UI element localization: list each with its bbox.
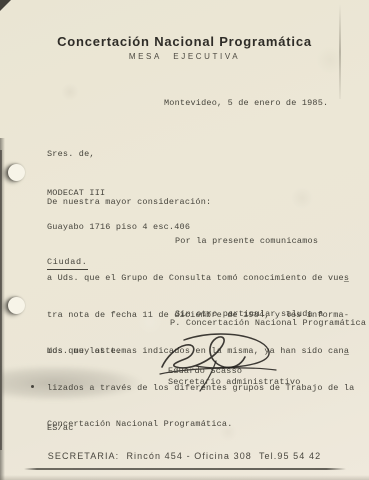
- footer-rule: [24, 468, 346, 470]
- recipient-line: Sres. de,: [47, 149, 190, 161]
- salutation: De nuestra mayor consideración:: [47, 197, 211, 207]
- letter-page: Concertación Nacional Programática MESA …: [0, 0, 369, 480]
- paper-crease-right: [339, 4, 341, 99]
- footer-address: SECRETARIA: Rincón 454 - Oficina 308 Tel…: [48, 451, 321, 461]
- scan-corner-top-left: [0, 0, 11, 11]
- reference-initials: ES/ac: [47, 423, 74, 433]
- signature-attribution: P. Concertación Nacional Programática: [170, 318, 366, 328]
- dateline: Montevideo, 5 de enero de 1985.: [164, 98, 328, 108]
- org-title: Concertación Nacional Programática: [57, 34, 312, 49]
- scan-bottom-shadow: [0, 475, 369, 480]
- signer-title: Secretario administrativo: [168, 377, 301, 387]
- punch-hole-top: [8, 164, 25, 181]
- ink-dot: [31, 385, 34, 388]
- signer-name: Eduardo Scasso: [168, 366, 242, 376]
- org-subtitle: MESA EJECUTIVA: [129, 52, 240, 61]
- body-line: Por la presente comunicamos: [47, 235, 354, 247]
- punch-hole-bottom: [8, 297, 25, 314]
- body-line: a Uds. que el Grupo de Consulta tomó con…: [47, 272, 354, 284]
- body-line: Concertación Nacional Programática.: [47, 418, 354, 430]
